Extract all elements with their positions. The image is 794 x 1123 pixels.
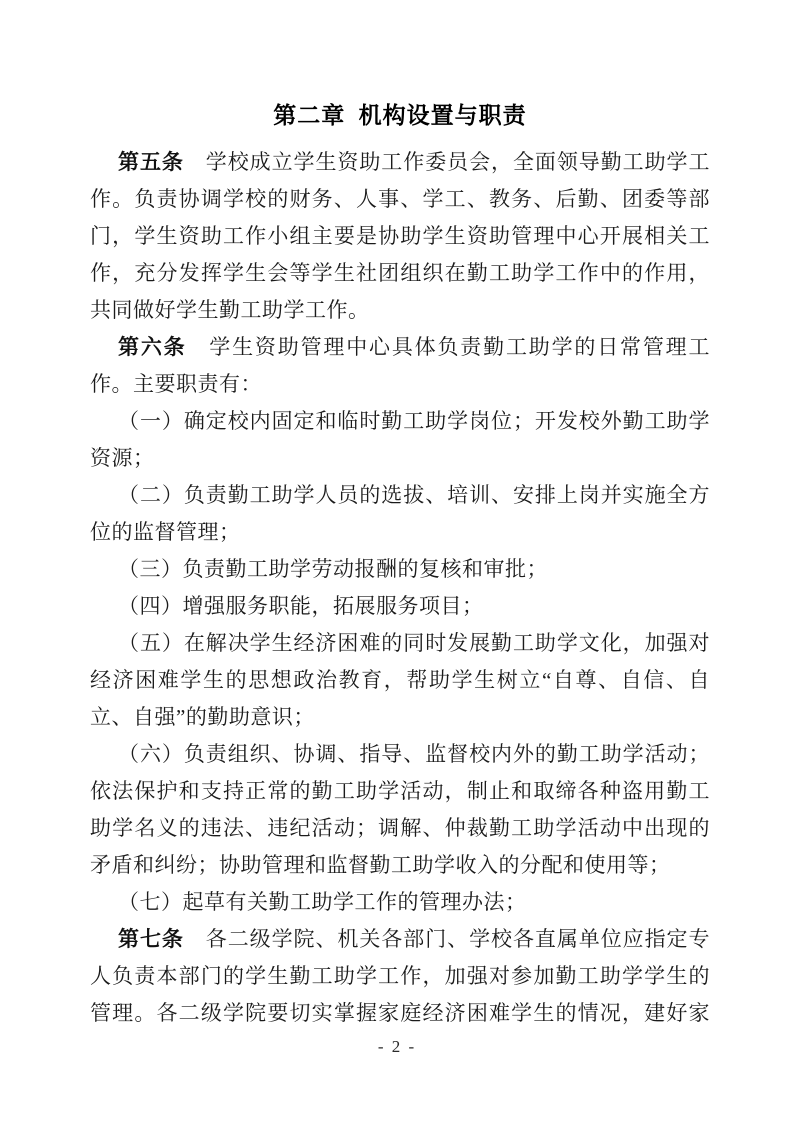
body-text: 立、自强”的勤助意识；	[90, 705, 315, 729]
body-text: 学校成立学生资助工作委员会，全面领导勤工助学工	[184, 150, 710, 174]
body-line: 第七条 各二级学院、机关各部门、学校各直属单位应指定专	[90, 921, 710, 958]
body-line: 依法保护和支持正常的勤工助学活动，制止和取缔各种盗用勤工	[90, 773, 710, 810]
body-text: 各二级学院、机关各部门、学校各直属单位应指定专	[184, 927, 710, 951]
body-line: （二）负责勤工助学人员的选拔、培训、安排上岗并实施全方	[90, 477, 710, 514]
chapter-heading: 第二章 机构设置与职责	[90, 100, 710, 130]
body-line: （三）负责勤工助学劳动报酬的复核和审批；	[90, 551, 710, 588]
body-text: 位的监督管理；	[90, 520, 241, 544]
body-line: 资源；	[90, 440, 710, 477]
body-text: （四）增强服务职能，拓展服务项目；	[118, 594, 484, 618]
body-line: （六）负责组织、协调、指导、监督校内外的勤工助学活动；	[90, 736, 710, 773]
article-number: 第五条	[118, 150, 184, 174]
body-text: 矛盾和纠纷；协助管理和监督勤工助学收入的分配和使用等；	[90, 853, 671, 877]
body-line: （五）在解决学生经济困难的同时发展勤工助学文化，加强对	[90, 625, 710, 662]
body-text: 作。负责协调学校的财务、人事、学工、教务、后勤、团委等部	[90, 187, 710, 211]
body-text: 经济困难学生的思想政治教育，帮助学生树立“自尊、自信、自	[90, 668, 710, 692]
page-number: - 2 -	[0, 1036, 794, 1058]
document-page: 第二章 机构设置与职责 第五条 学校成立学生资助工作委员会，全面领导勤工助学工作…	[0, 0, 794, 1123]
body-line: 位的监督管理；	[90, 514, 710, 551]
body-line: 管理。各二级学院要切实掌握家庭经济困难学生的情况，建好家	[90, 995, 710, 1032]
document-body: 第五条 学校成立学生资助工作委员会，全面领导勤工助学工作。负责协调学校的财务、人…	[90, 144, 710, 1032]
body-text: （六）负责组织、协调、指导、监督校内外的勤工助学活动；	[118, 742, 710, 766]
body-line: 助学名义的违法、违纪活动；调解、仲裁勤工助学活动中出现的	[90, 810, 710, 847]
article-number: 第六条	[118, 335, 186, 359]
body-text: （一）确定校内固定和临时勤工助学岗位；开发校外勤工助学	[118, 409, 710, 433]
body-line: （七）起草有关勤工助学工作的管理办法；	[90, 884, 710, 921]
body-text: （七）起草有关勤工助学工作的管理办法；	[118, 890, 527, 914]
body-text: （三）负责勤工助学劳动报酬的复核和审批；	[118, 557, 548, 581]
body-line: 作，充分发挥学生会等学生社团组织在勤工助学工作中的作用，	[90, 255, 710, 292]
body-text: （二）负责勤工助学人员的选拔、培训、安排上岗并实施全方	[118, 483, 710, 507]
body-line: 第五条 学校成立学生资助工作委员会，全面领导勤工助学工	[90, 144, 710, 181]
body-text: 助学名义的违法、违纪活动；调解、仲裁勤工助学活动中出现的	[90, 816, 710, 840]
body-line: 门，学生资助工作小组主要是协助学生资助管理中心开展相关工	[90, 218, 710, 255]
body-text: 资源；	[90, 446, 155, 470]
document-content: 第二章 机构设置与职责 第五条 学校成立学生资助工作委员会，全面领导勤工助学工作…	[90, 100, 710, 1032]
body-line: 经济困难学生的思想政治教育，帮助学生树立“自尊、自信、自	[90, 662, 710, 699]
body-line: 作。主要职责有：	[90, 366, 710, 403]
body-text: （五）在解决学生经济困难的同时发展勤工助学文化，加强对	[118, 631, 710, 655]
body-line: 矛盾和纠纷；协助管理和监督勤工助学收入的分配和使用等；	[90, 847, 710, 884]
body-text: 共同做好学生勤工助学工作。	[90, 298, 370, 322]
body-text: 门，学生资助工作小组主要是协助学生资助管理中心开展相关工	[90, 224, 710, 248]
body-text: 学生资助管理中心具体负责勤工助学的日常管理工	[186, 335, 710, 359]
body-text: 依法保护和支持正常的勤工助学活动，制止和取缔各种盗用勤工	[90, 779, 710, 803]
body-line: （一）确定校内固定和临时勤工助学岗位；开发校外勤工助学	[90, 403, 710, 440]
body-line: （四）增强服务职能，拓展服务项目；	[90, 588, 710, 625]
body-line: 作。负责协调学校的财务、人事、学工、教务、后勤、团委等部	[90, 181, 710, 218]
body-text: 作，充分发挥学生会等学生社团组织在勤工助学工作中的作用，	[90, 261, 710, 285]
article-number: 第七条	[118, 927, 184, 951]
body-text: 人负责本部门的学生勤工助学工作，加强对参加勤工助学学生的	[90, 964, 710, 988]
body-line: 第六条 学生资助管理中心具体负责勤工助学的日常管理工	[90, 329, 710, 366]
body-line: 共同做好学生勤工助学工作。	[90, 292, 710, 329]
body-line: 人负责本部门的学生勤工助学工作，加强对参加勤工助学学生的	[90, 958, 710, 995]
body-text: 管理。各二级学院要切实掌握家庭经济困难学生的情况，建好家	[90, 1001, 710, 1025]
body-line: 立、自强”的勤助意识；	[90, 699, 710, 736]
body-text: 作。主要职责有：	[90, 372, 262, 396]
